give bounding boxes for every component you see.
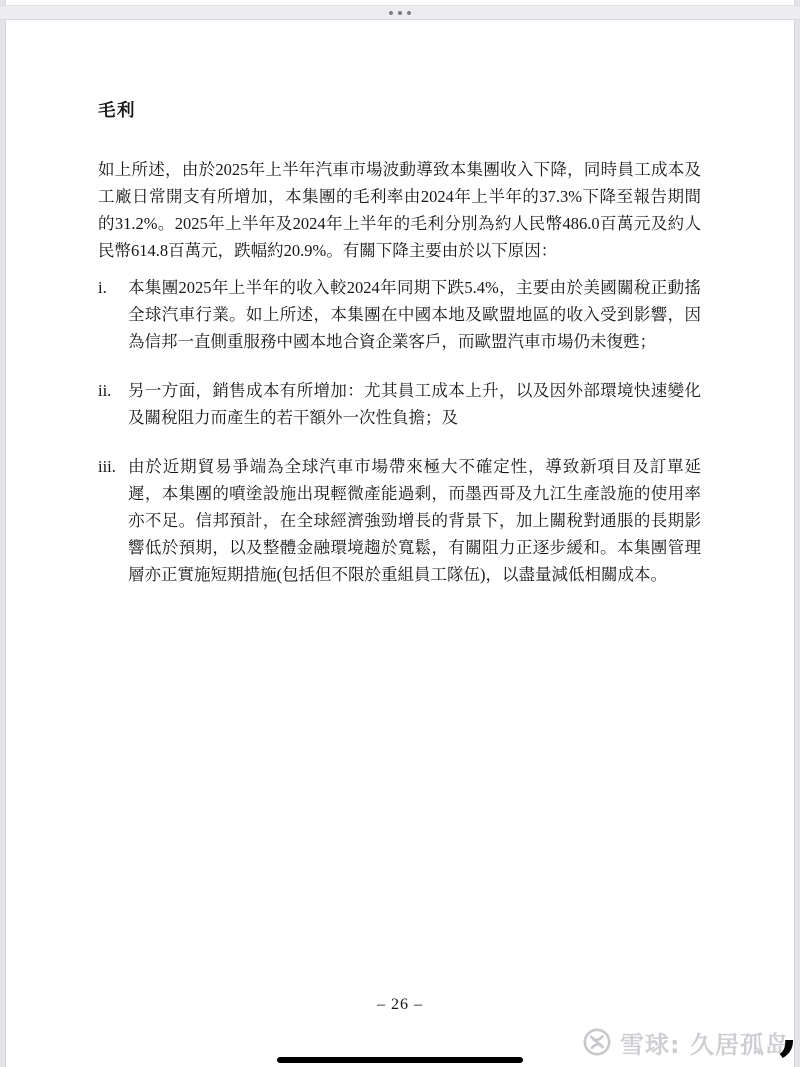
list-marker: i. <box>98 274 107 301</box>
drag-handle-dot-icon <box>407 11 411 15</box>
xueqiu-snowball-logo-icon <box>582 1027 612 1057</box>
list-item-text: 由於近期貿易爭端為全球汽車市場帶來極大不確定性，導致新項目及訂單延遲，本集團的噴… <box>128 453 701 588</box>
list-marker: ii. <box>98 377 111 404</box>
sheet-drag-handle[interactable] <box>0 5 800 20</box>
list-item-text: 本集團2025年上半年的收入較2024年同期下跌5.4%，主要由於美國關稅正動搖… <box>128 274 701 355</box>
page-left-gutter <box>0 0 6 1067</box>
xueqiu-watermark: 雪球: 久居孤岛 <box>582 1026 790 1058</box>
list-item-text: 另一方面，銷售成本有所增加：尤其員工成本上升，以及因外部環境快速變化及關稅阻力而… <box>128 377 701 431</box>
page-right-gutter <box>794 0 800 1067</box>
page-number: – 26 – <box>0 996 800 1014</box>
list-marker: iii. <box>98 453 116 480</box>
list-item-iii: iii. 由於近期貿易爭端為全球汽車市場帶來極大不確定性，導致新項目及訂單延遲，… <box>98 453 701 588</box>
section-heading: 毛利 <box>98 97 136 122</box>
drag-handle-dot-icon <box>389 11 393 15</box>
drag-handle-dot-icon <box>398 11 402 15</box>
list-item-ii: ii. 另一方面，銷售成本有所增加：尤其員工成本上升，以及因外部環境快速變化及關… <box>98 377 701 431</box>
list-item-i: i. 本集團2025年上半年的收入較2024年同期下跌5.4%，主要由於美國關稅… <box>98 274 701 355</box>
corner-comma-mark: , <box>779 1002 799 1058</box>
intro-paragraph: 如上所述，由於2025年上半年汽車市場波動導致本集團收入下降，同時員工成本及工廠… <box>98 156 701 264</box>
pdf-viewer-screen: 毛利 如上所述，由於2025年上半年汽車市場波動導致本集團收入下降，同時員工成本… <box>0 0 800 1067</box>
watermark-text: 雪球: 久居孤岛 <box>620 1025 790 1060</box>
home-indicator[interactable] <box>277 1057 523 1063</box>
